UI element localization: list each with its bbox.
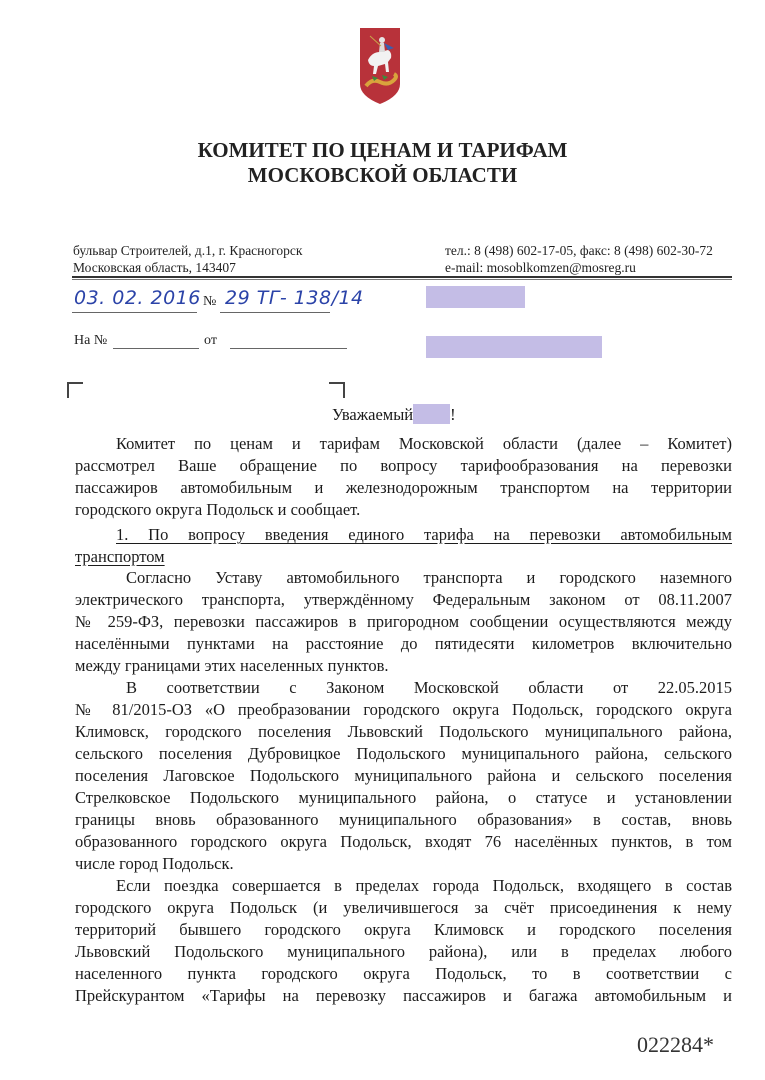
address-line2: Московская область, 143407: [73, 259, 236, 276]
body-line: территорий бывшего городского округа Кли…: [75, 919, 732, 941]
section-heading-1-cont: транспортом: [75, 546, 732, 568]
address-line1: бульвар Строителей, д.1, г. Красногорск: [73, 242, 302, 259]
body-line: населенного пункта городского округа Под…: [75, 963, 732, 985]
reply-number-blank: [113, 348, 199, 349]
body-line: № 259-ФЗ, перевозки пассажиров в пригоро…: [75, 611, 732, 633]
redacted-recipient-address: [426, 336, 602, 358]
header-divider-thin: [72, 279, 732, 280]
body-line: образованного городского округа Подольск…: [75, 831, 732, 853]
body-line: Комитет по ценам и тарифам Московской об…: [116, 433, 732, 455]
address-field-corner-left: [67, 382, 83, 398]
address-field-corner-right: [329, 382, 345, 398]
body-line: поселения Лаговское Подольского муниципа…: [75, 765, 732, 787]
document-serial-number: 022284*: [637, 1032, 714, 1058]
body-line: сельского поселения Дубровицкое Подольск…: [75, 743, 732, 765]
number-underline: [220, 312, 330, 313]
body-line: Климовск, городского поселения Львовский…: [75, 721, 732, 743]
body-line: границы вновь образованного муниципально…: [75, 809, 732, 831]
reply-to-label: На №: [74, 333, 107, 349]
from-label: от: [204, 333, 217, 349]
body-line: рассмотрел Ваше обращение по вопросу тар…: [75, 455, 732, 477]
salutation-end: !: [450, 405, 456, 424]
number-sign: №: [203, 294, 216, 310]
redacted-recipient-name: [426, 286, 525, 308]
contacts-email: e-mail: mosoblkomzen@mosreg.ru: [445, 259, 636, 276]
reply-date-blank: [230, 348, 347, 349]
body-line: № 81/2015-ОЗ «О преобразовании городског…: [75, 699, 732, 721]
date-underline: [72, 312, 197, 313]
salutation: Уважаемый!: [332, 404, 456, 426]
body-line: между границами этих населенных пунктов.: [75, 655, 732, 677]
redacted-recipient-salutation: [413, 404, 450, 424]
body-line: пассажиров автомобильным и железнодорожн…: [75, 477, 732, 499]
outgoing-date: 03. 02. 2016: [74, 287, 201, 309]
committee-title-line1: КОМИТЕТ ПО ЦЕНАМ И ТАРИФАМ: [0, 137, 765, 163]
body-line: Прейскурантом «Тарифы на перевозку пасса…: [75, 985, 732, 1007]
coat-of-arms-icon: [358, 26, 402, 106]
contacts-phone-fax: тел.: 8 (498) 602-17-05, факс: 8 (498) 6…: [445, 242, 713, 259]
body-line: Согласно Уставу автомобильного транспорт…: [126, 567, 732, 589]
body-line: городского округа Подольск и сообщает.: [75, 499, 732, 521]
body-line: Львовский Подольского муниципального рай…: [75, 941, 732, 963]
body-line: Если поездка совершается в пределах горо…: [116, 875, 732, 897]
body-line: электрического транспорта, утверждённому…: [75, 589, 732, 611]
body-line: Стрелковское Подольского муниципального …: [75, 787, 732, 809]
body-line: населёнными пунктами на расстояние до пя…: [75, 633, 732, 655]
body-line: числе город Подольск.: [75, 853, 732, 875]
salutation-text: Уважаемый: [332, 405, 413, 424]
section-heading-1: 1. По вопросу введения единого тарифа на…: [116, 524, 732, 546]
committee-title-line2: МОСКОВСКОЙ ОБЛАСТИ: [0, 162, 765, 188]
outgoing-number: 29 ТГ- 138/14: [225, 287, 364, 309]
body-line: городского округа Подольск (и увеличивше…: [75, 897, 732, 919]
body-line: В соответствии с Законом Московской обла…: [126, 677, 732, 699]
header-divider: [72, 276, 732, 278]
